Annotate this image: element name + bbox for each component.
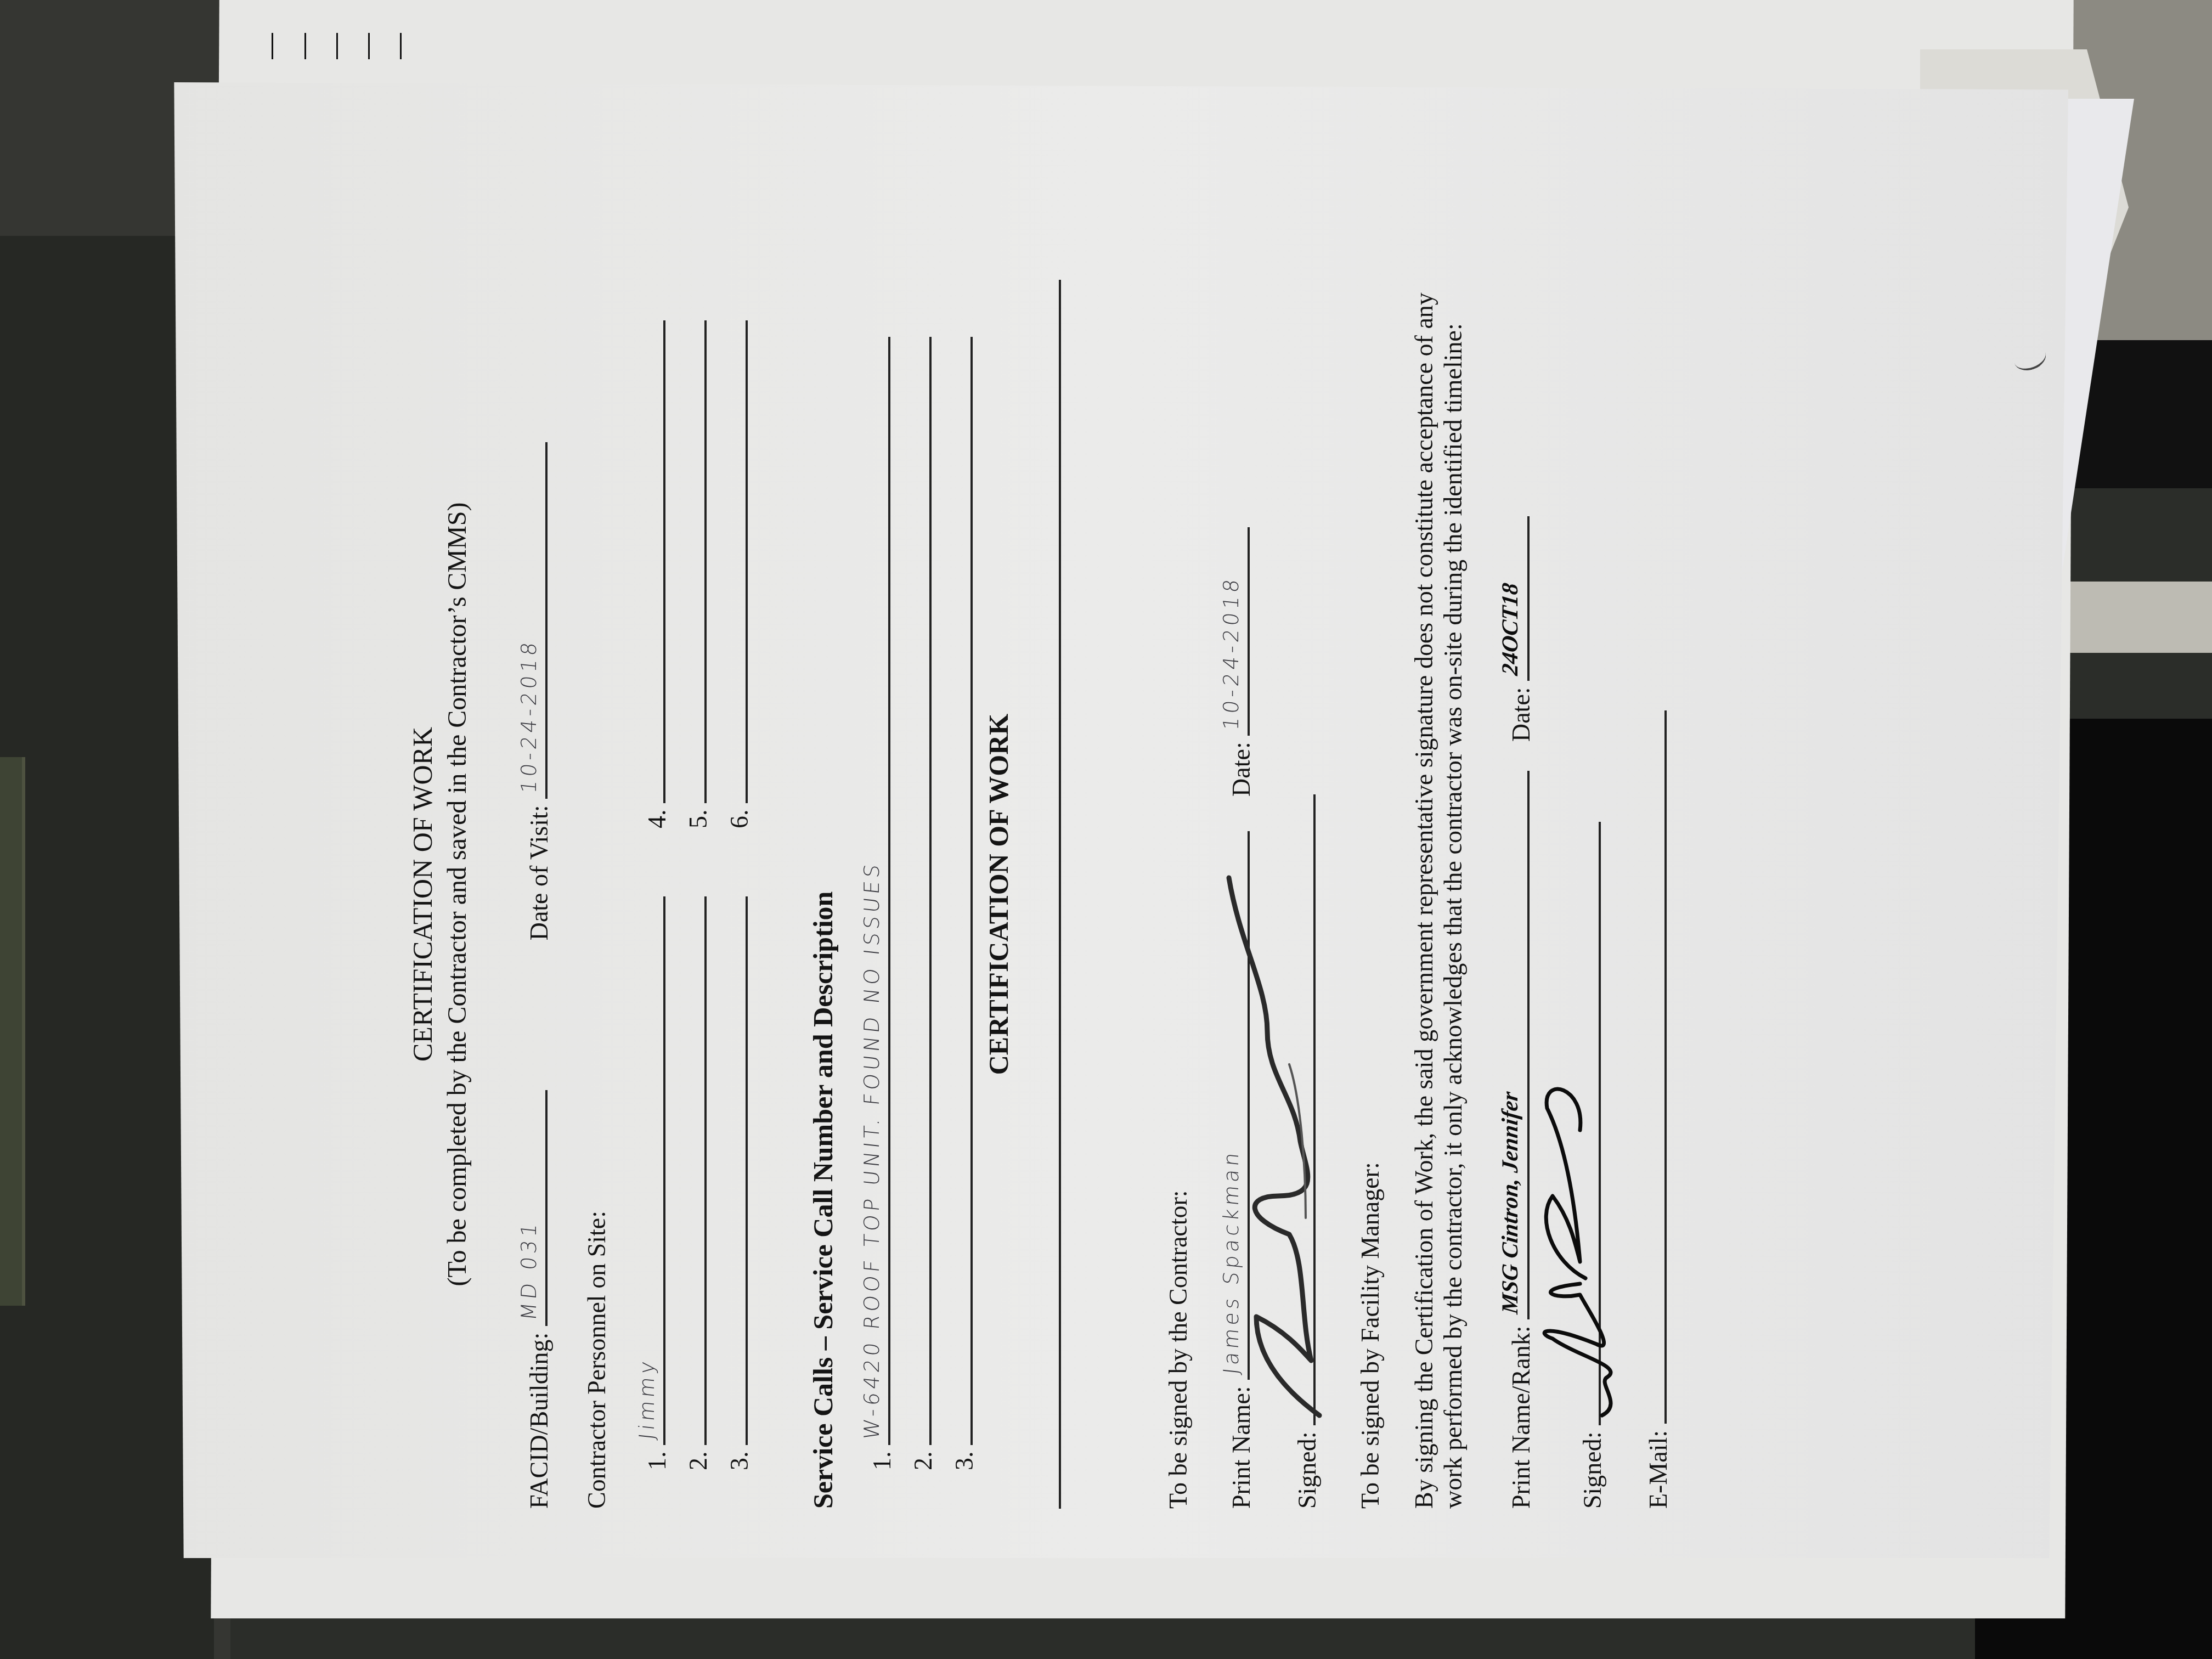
service-call-field-1[interactable]: W-6420 ROOF TOP UNIT. FOUND NO ISSUES [864,337,890,1445]
certification-form: CERTIFICATION OF WORK (To be completed b… [324,236,1970,1553]
personnel-field-2[interactable] [680,896,707,1445]
personnel-item: 1. Jimmy [639,896,672,1470]
certification-heading: CERTIFICATION OF WORK [982,236,1015,1553]
facid-field[interactable]: MD 031 [521,1090,548,1326]
binder-edge [0,757,25,1306]
personnel-item: 2. [680,896,713,1470]
service-call-item: 3. [946,337,979,1470]
sheet-perforation-marks [272,33,436,66]
personnel-field-1[interactable]: Jimmy [639,896,665,1445]
personnel-item: 6. [721,320,754,828]
date-of-visit-label: Date of Visit: [525,805,553,940]
personnel-number: 2. [684,1452,712,1471]
facility-date-label: Date: [1507,687,1535,742]
contractor-date-label: Date: [1227,742,1255,797]
divider [1059,280,1061,1509]
personnel-field-4[interactable] [639,320,665,803]
personnel-field-3[interactable] [721,896,748,1445]
personnel-item: 4. [639,320,672,828]
personnel-number: 1. [643,1452,671,1471]
facility-signature [1520,988,1629,1426]
facid-value: MD 031 [517,1219,542,1322]
date-of-visit-value: 10-24-2018 [517,638,542,795]
facility-date-field[interactable]: 24OCT18 [1503,516,1530,681]
personnel-name: Jimmy [635,1357,660,1441]
contractor-date-field[interactable]: 10-24-2018 [1223,527,1250,736]
form-subtitle: (To be completed by the Contractor and s… [442,236,473,1553]
email-field[interactable] [1640,710,1667,1424]
personnel-number: 4. [643,810,671,829]
pen-mark [2010,341,2049,375]
facility-heading: To be signed by Facility Manager: [1355,1162,1385,1509]
service-call-field-3[interactable] [946,337,973,1445]
facid-label: FACID/Building: [525,1333,553,1509]
contractor-signed-label: Signed: [1293,1431,1321,1509]
personnel-number: 5. [684,810,712,829]
personnel-item: 5. [680,320,713,828]
service-call-number: 2. [909,1452,937,1471]
service-call-number: 3. [950,1452,978,1471]
service-call-text: W-6420 ROOF TOP UNIT. FOUND NO ISSUES [860,860,885,1441]
service-call-item: 2. [905,337,938,1470]
service-call-item: 1. W-6420 ROOF TOP UNIT. FOUND NO ISSUES [864,337,897,1470]
form-page: CERTIFICATION OF WORK (To be completed b… [165,82,2068,1558]
facid-row: FACID/Building: MD 031 Date of Visit: 10… [521,442,554,1509]
facility-date-value: 24OCT18 [1497,582,1524,676]
personnel-field-5[interactable] [680,320,707,803]
personnel-label: Contractor Personnel on Site: [582,1211,612,1509]
personnel-field-6[interactable] [721,320,748,803]
facility-signed-label: Signed: [1578,1431,1606,1509]
service-call-field-2[interactable] [905,337,932,1445]
personnel-number: 6. [725,810,753,829]
date-of-visit-field[interactable]: 10-24-2018 [521,442,548,799]
email-label: E-Mail: [1644,1430,1672,1509]
personnel-number: 3. [725,1452,753,1471]
personnel-item: 3. [721,896,754,1470]
facility-disclaimer: By signing the Certification of Work, th… [1410,274,1468,1509]
service-call-number: 1. [868,1452,896,1471]
service-calls-heading: Service Calls – Service Call Number and … [806,891,839,1509]
email-row: E-Mail: [1640,710,1673,1509]
contractor-date-value: 10-24-2018 [1219,575,1244,732]
contractor-heading: To be signed by the Contractor: [1163,1190,1193,1509]
form-title: CERTIFICATION OF WORK [406,236,439,1553]
contractor-signature [1223,823,1333,1426]
